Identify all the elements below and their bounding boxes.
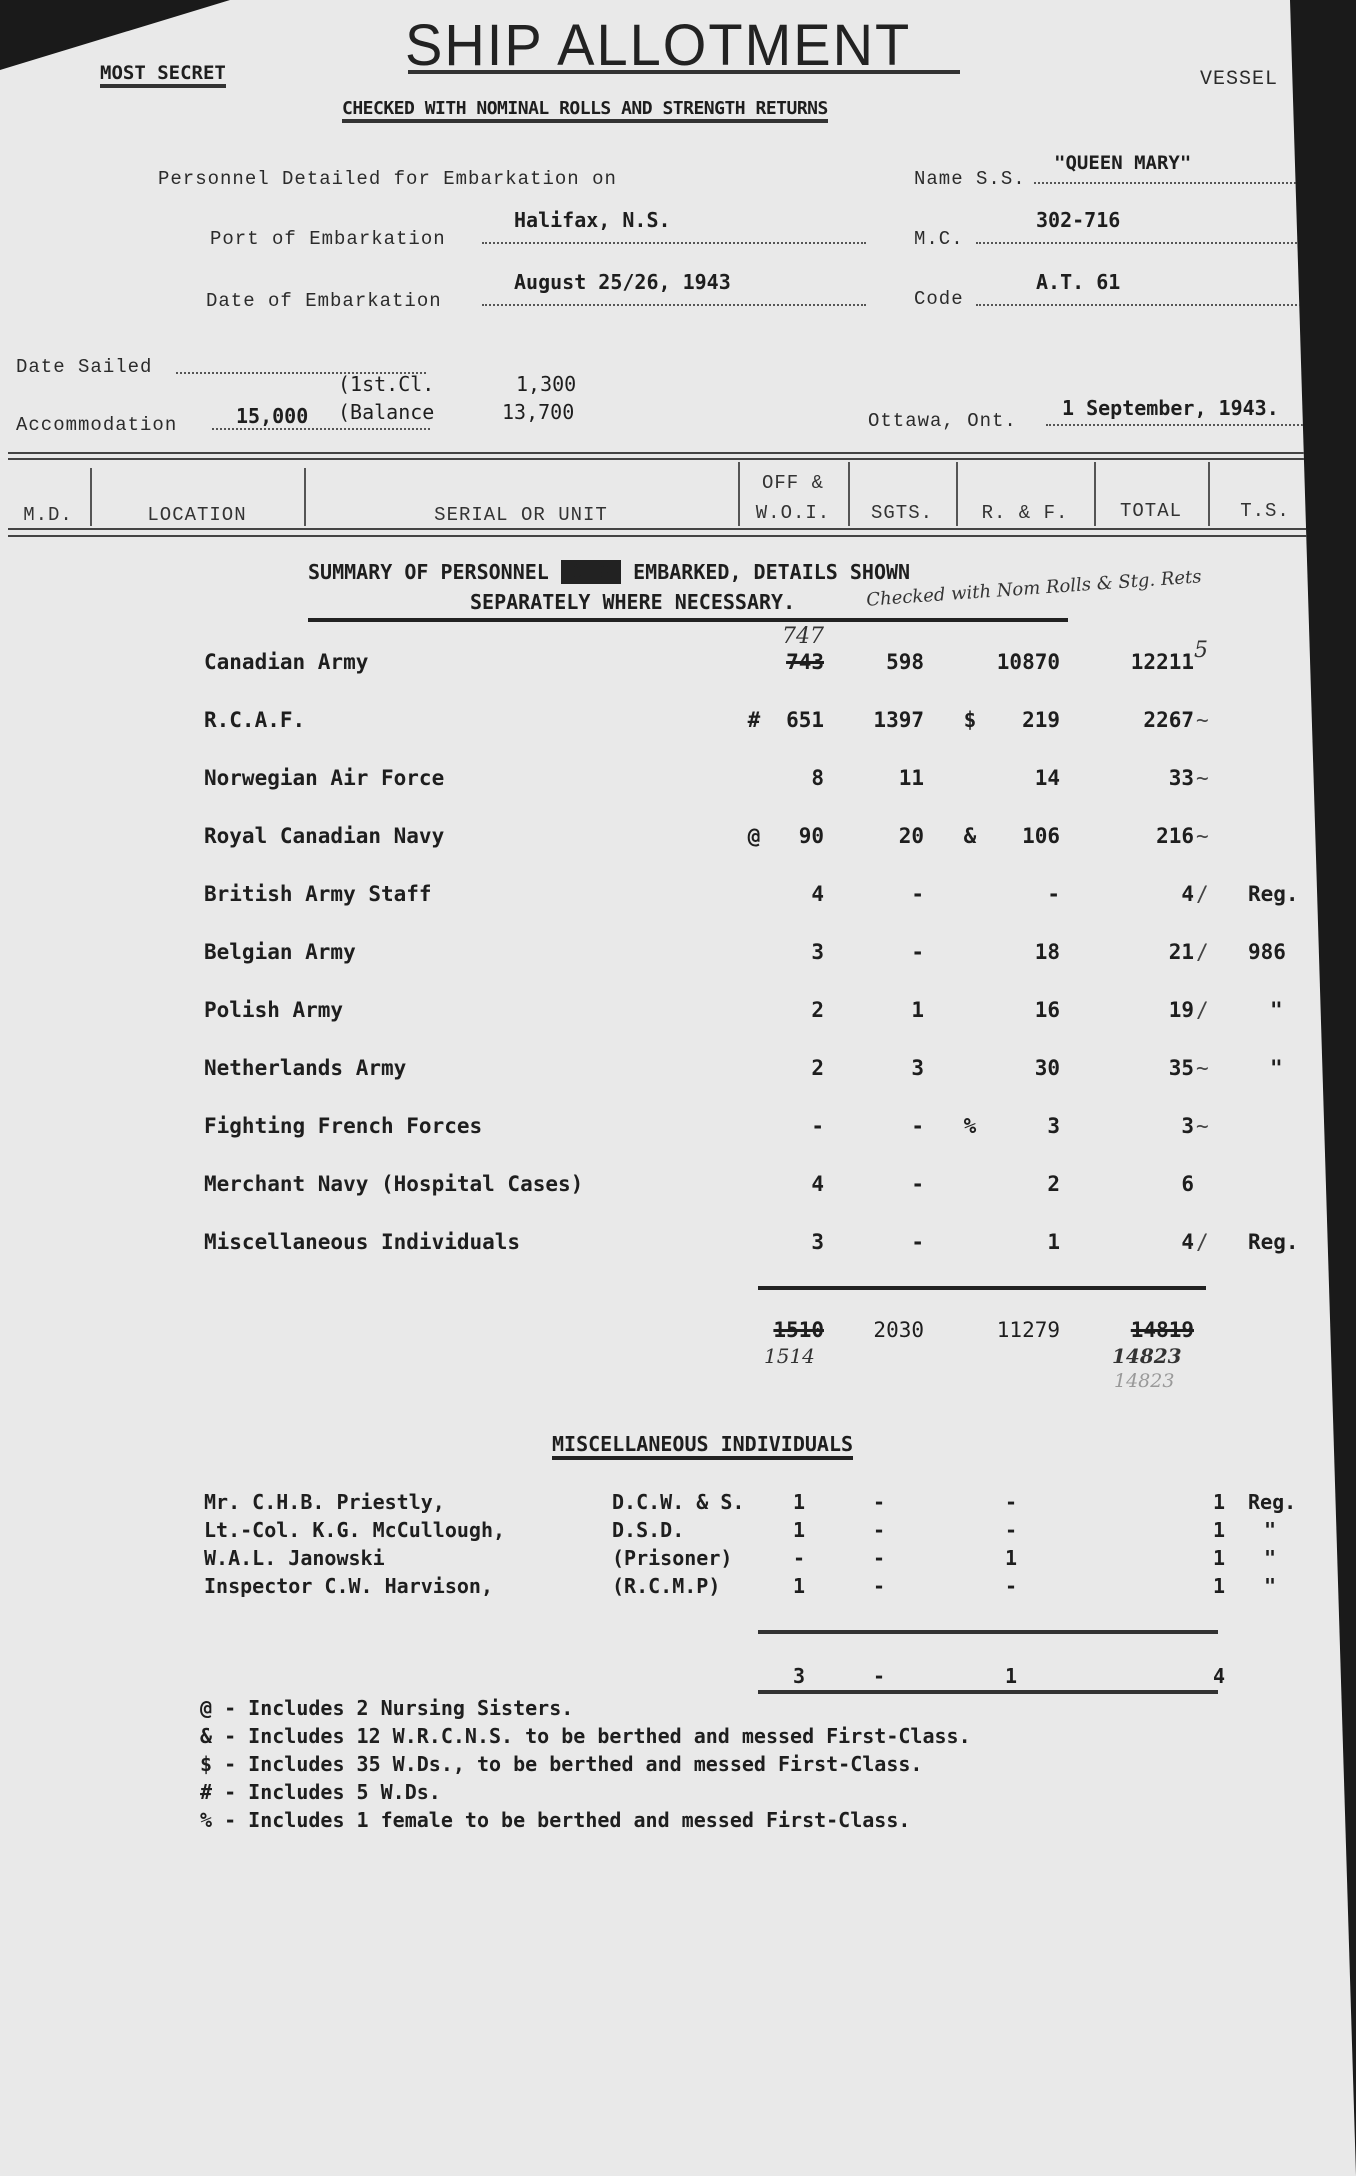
- misc-row: W.A.L. Janowski (Prisoner) - - 1 1 ": [204, 1546, 1354, 1574]
- code-label: Code: [914, 288, 964, 310]
- footnote: $ - Includes 35 W.Ds., to be berthed and…: [200, 1752, 922, 1776]
- summary-row: Fighting French Forces - - % 3 3 ~: [204, 1114, 1354, 1144]
- date-value: August 25/26, 1943: [514, 270, 731, 294]
- col-header-serial: SERIAL OR UNIT: [306, 504, 736, 526]
- title-underline: [408, 70, 960, 74]
- misc-totals-rule-top: [758, 1630, 1218, 1634]
- summary-row: British Army Staff 4 - - 4 / Reg.: [204, 882, 1354, 912]
- handwritten-correction: 747: [782, 624, 824, 649]
- footnote: % - Includes 1 female to be berthed and …: [200, 1808, 910, 1832]
- misc-row: Inspector C.W. Harvison, (R.C.M.P) 1 - -…: [204, 1574, 1354, 1602]
- summary-row: Polish Army 2 1 16 19 / ": [204, 998, 1354, 1028]
- document-page: SHIP ALLOTMENT MOST SECRET VESSEL CHECKE…: [0, 0, 1356, 2176]
- ship-name-label: Name S.S.: [914, 168, 1026, 190]
- struck-text: TO BE: [561, 560, 621, 584]
- check-mark-icon: ~: [1196, 824, 1209, 848]
- summary-heading-line2: SEPARATELY WHERE NECESSARY.: [470, 590, 795, 614]
- check-mark-icon: /: [1196, 998, 1209, 1022]
- footnote: # - Includes 5 W.Ds.: [200, 1780, 441, 1804]
- misc-row: Lt.-Col. K.G. McCullough, D.S.D. 1 - - 1…: [204, 1518, 1354, 1546]
- first-class-value: 1,300: [516, 372, 576, 396]
- col-header-off-1: OFF &: [740, 472, 846, 494]
- port-field: Halifax, N.S.: [482, 220, 866, 244]
- handwritten-total-faint: 14823: [1114, 1370, 1174, 1392]
- col-header-rf: R. & F.: [958, 502, 1092, 524]
- ship-name-field: "QUEEN MARY": [1034, 160, 1324, 184]
- summary-row: Canadian Army 747 743 598 10870 12211 5: [204, 650, 1354, 680]
- code-value: A.T. 61: [1036, 270, 1120, 294]
- misc-totals-row: 3 - 1 4: [204, 1664, 1354, 1692]
- summary-underline: [308, 618, 1068, 622]
- checked-stamp: CHECKED WITH NOMINAL ROLLS AND STRENGTH …: [342, 98, 828, 123]
- totals-rule: [758, 1286, 1206, 1290]
- code-field: A.T. 61: [976, 282, 1324, 306]
- footnote: @ - Includes 2 Nursing Sisters.: [200, 1696, 573, 1720]
- header-rule-bottom: [8, 528, 1354, 530]
- handwritten-total-correction: 14823: [1112, 1344, 1182, 1368]
- summary-row: Norwegian Air Force 8 11 14 33 ~: [204, 766, 1354, 796]
- check-mark-icon: ~: [1196, 1114, 1209, 1138]
- date-field: August 25/26, 1943: [482, 282, 866, 306]
- col-header-ts: T.S.: [1210, 500, 1320, 522]
- misc-row: Mr. C.H.B. Priestly, D.C.W. & S. 1 - - 1…: [204, 1490, 1354, 1518]
- classification-label: MOST SECRET: [100, 62, 226, 88]
- port-value: Halifax, N.S.: [514, 208, 671, 232]
- mc-label: M.C.: [914, 228, 964, 250]
- summary-row: Belgian Army 3 - 18 21 / 986: [204, 940, 1354, 970]
- mc-value: 302-716: [1036, 208, 1120, 232]
- ship-name-value: "QUEEN MARY": [1054, 152, 1191, 174]
- summary-row: Netherlands Army 2 3 30 35 ~ ": [204, 1056, 1354, 1086]
- header-rule-top: [8, 452, 1354, 454]
- check-mark-icon: ~: [1196, 708, 1209, 732]
- check-mark-icon: ~: [1196, 766, 1209, 790]
- footnote: & - Includes 12 W.R.C.N.S. to be berthed…: [200, 1724, 971, 1748]
- date-sailed-label: Date Sailed: [16, 356, 152, 378]
- col-header-md: M.D.: [8, 504, 88, 526]
- handwritten-check-note: Checked with Nom Rolls & Stg. Rets: [866, 566, 1202, 610]
- personnel-label: Personnel Detailed for Embarkation on: [158, 168, 617, 190]
- document-title: SHIP ALLOTMENT: [405, 10, 911, 78]
- mc-field: 302-716: [976, 220, 1324, 244]
- check-mark-icon: /: [1196, 1230, 1209, 1254]
- col-header-total: TOTAL: [1096, 500, 1206, 522]
- port-label: Port of Embarkation: [210, 228, 446, 250]
- vessel-label: VESSEL: [1200, 68, 1278, 91]
- check-mark-icon: ~: [1196, 1056, 1209, 1080]
- handwritten-total-correction: 1514: [764, 1344, 815, 1368]
- misc-totals-rule-bottom: [758, 1690, 1218, 1694]
- accommodation-value: 15,000: [236, 404, 308, 428]
- summary-row: Royal Canadian Navy @ 90 20 & 106 216 ~: [204, 824, 1354, 854]
- accommodation-label: Accommodation: [16, 414, 177, 436]
- first-class-label: (1st.Cl.: [338, 372, 434, 396]
- col-header-off-2: W.O.I.: [740, 502, 846, 524]
- place-date-value: 1 September, 1943.: [1062, 396, 1279, 420]
- summary-heading-line1: SUMMARY OF PERSONNEL TO BE EMBARKED, DET…: [308, 560, 910, 584]
- handwritten-correction: 5: [1194, 638, 1208, 663]
- check-mark-icon: /: [1196, 940, 1209, 964]
- col-header-location: LOCATION: [92, 504, 302, 526]
- header-rule-top-2: [8, 458, 1354, 460]
- balance-value: 13,700: [502, 400, 574, 424]
- date-label: Date of Embarkation: [206, 290, 442, 312]
- place-date-field: 1 September, 1943.: [1046, 400, 1330, 426]
- summary-row: R.C.A.F. # 651 1397 $ 219 2267 ~: [204, 708, 1354, 738]
- place-label: Ottawa, Ont.: [868, 410, 1017, 432]
- summary-row: Miscellaneous Individuals 3 - 1 4 / Reg.: [204, 1230, 1354, 1260]
- col-header-sgts: SGTS.: [850, 502, 954, 524]
- check-mark-icon: /: [1196, 882, 1209, 906]
- misc-heading: MISCELLANEOUS INDIVIDUALS: [552, 1432, 853, 1460]
- header-rule-bottom-2: [8, 535, 1354, 537]
- summary-row: Merchant Navy (Hospital Cases) 4 - 2 6: [204, 1172, 1354, 1202]
- balance-label: (Balance: [338, 400, 434, 424]
- date-sailed-field: [176, 352, 426, 374]
